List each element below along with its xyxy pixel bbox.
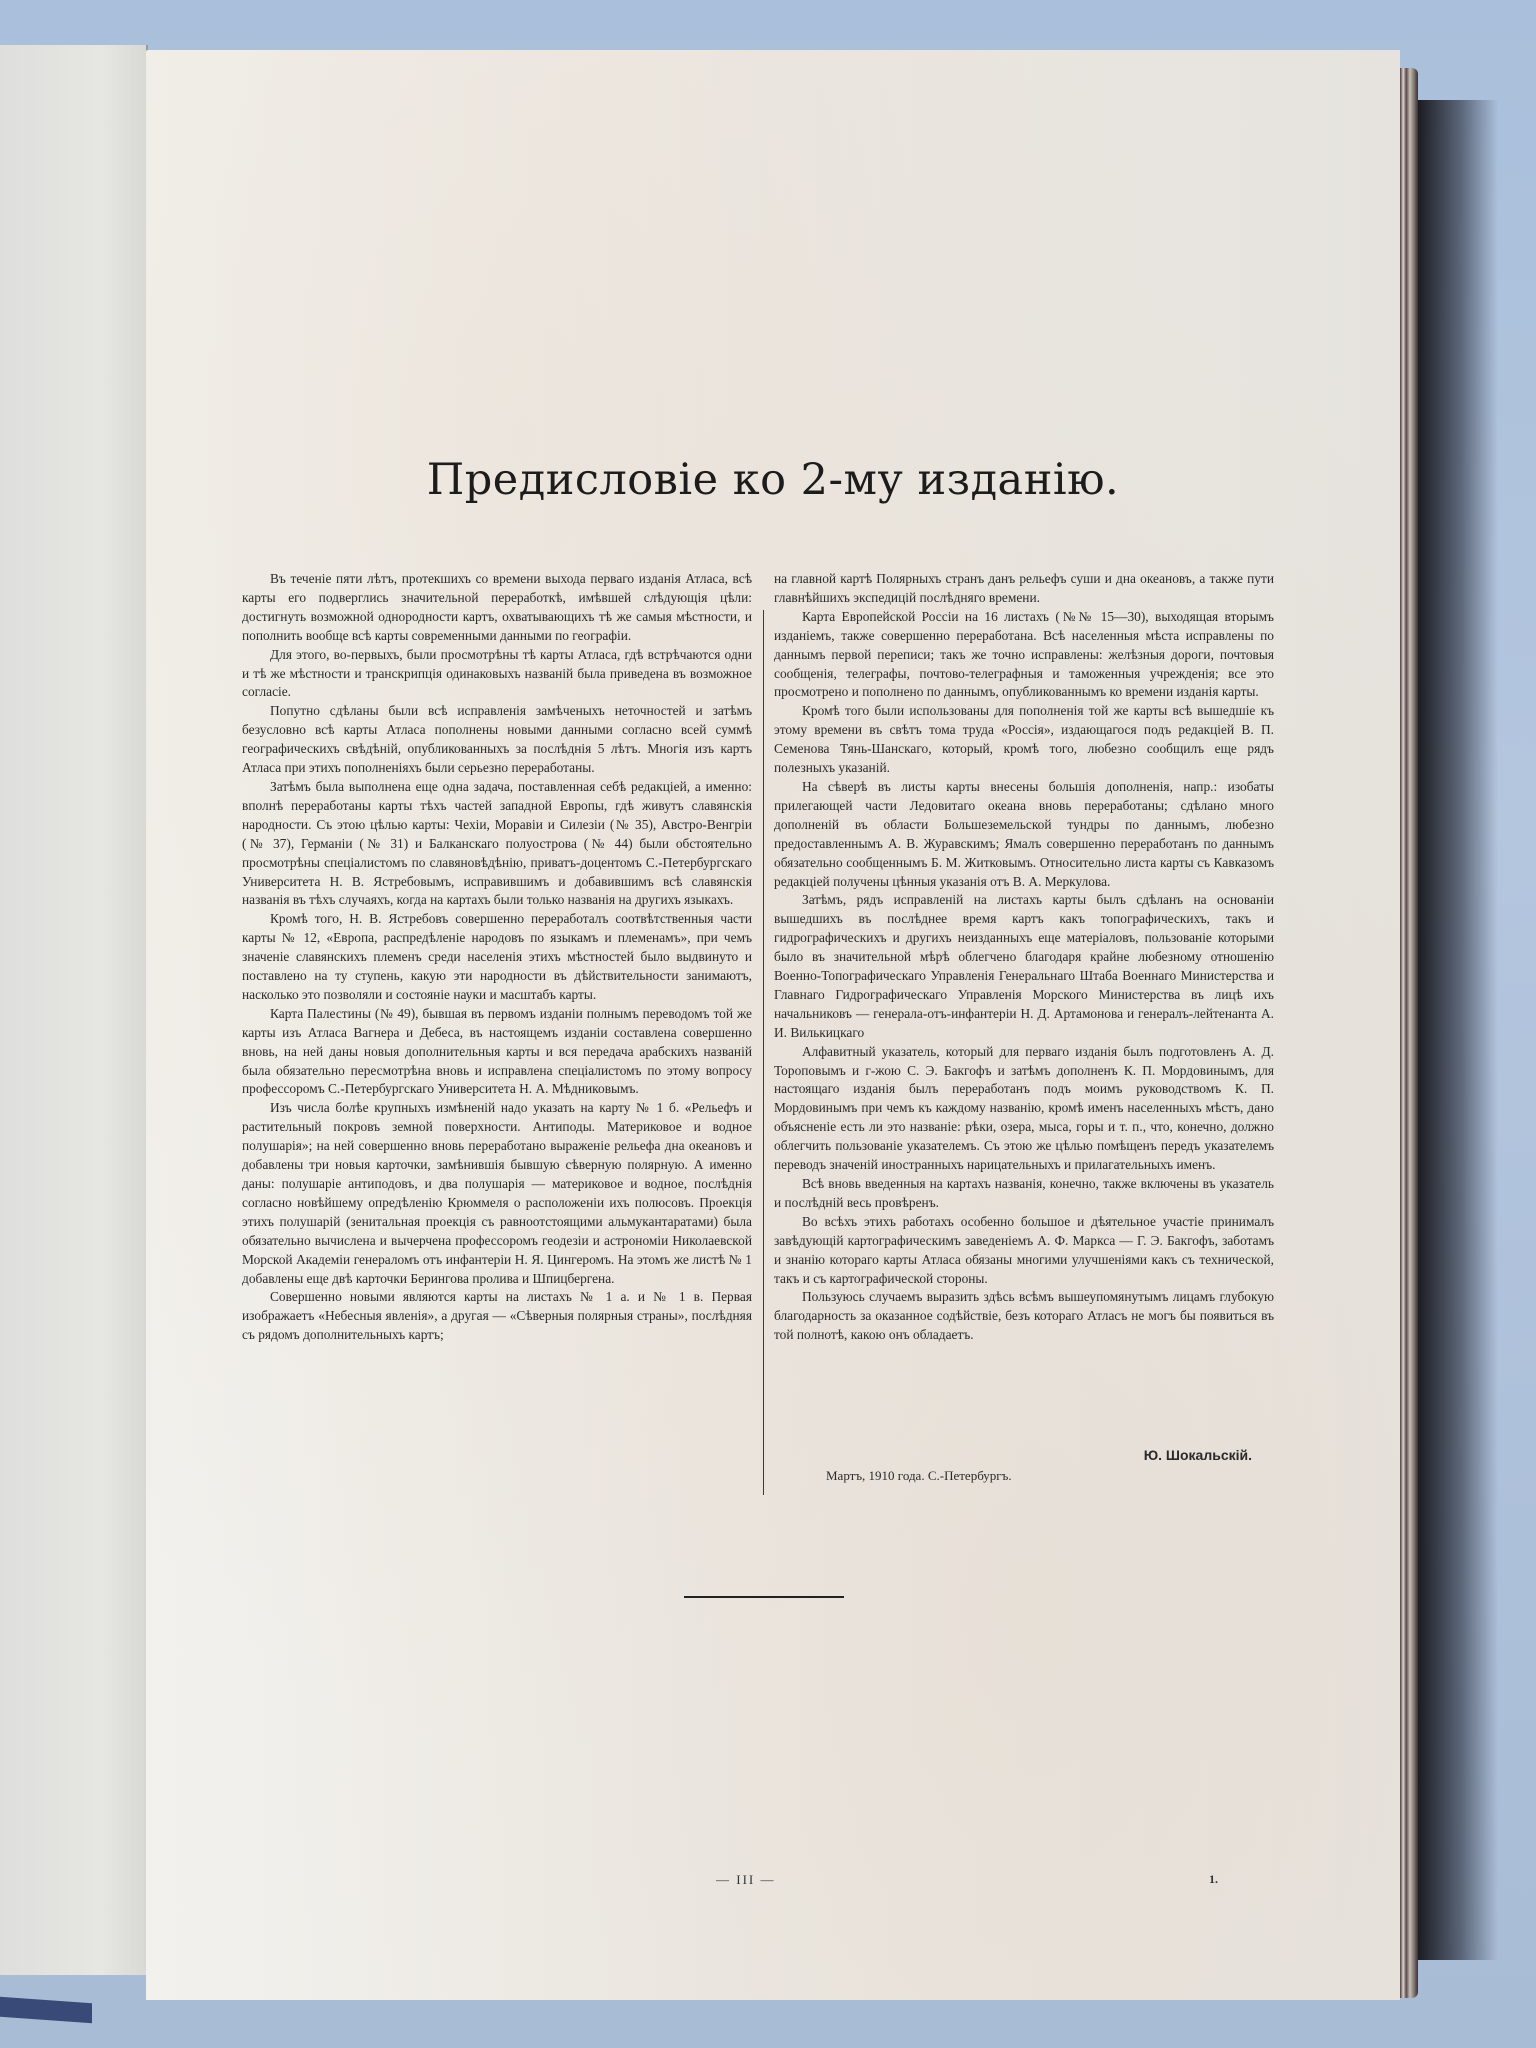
paragraph: Для этого, во-первыхъ, были просмотрѣны …: [242, 646, 752, 703]
printer-signature-mark: 1.: [1209, 1872, 1218, 1887]
left-text-column: Въ теченіе пяти лѣтъ, протекшихъ со врем…: [242, 570, 752, 1345]
date-place: Мартъ, 1910 года. С.-Петербургъ.: [826, 1468, 1012, 1484]
paragraph: Алфавитный указатель, который для перваг…: [774, 1043, 1274, 1175]
page-number: — III —: [716, 1872, 776, 1888]
paragraph: Кромѣ того были использованы для пополне…: [774, 702, 1274, 778]
page-title: Предисловіе ко 2-му изданію.: [146, 455, 1400, 505]
paragraph: Карта Европейской Россіи на 16 листахъ (…: [774, 608, 1274, 703]
paragraph: Затѣмъ была выполнена еще одна задача, п…: [242, 778, 752, 910]
book-shadow: [1418, 100, 1498, 1960]
paragraph: Во всѣхъ этихъ работахъ особенно большое…: [774, 1213, 1274, 1289]
paragraph: Въ теченіе пяти лѣтъ, протекшихъ со врем…: [242, 570, 752, 646]
author-signature: Ю. Шокальскій.: [774, 1447, 1274, 1463]
paragraph: Пользуюсь случаемъ выразить здѣсь всѣмъ …: [774, 1288, 1274, 1345]
book-cover-corner: [0, 1997, 92, 2023]
column-divider: [763, 610, 764, 1495]
paragraph: на главной картѣ Полярныхъ странъ данъ р…: [774, 570, 1274, 608]
end-rule-divider: [684, 1596, 844, 1598]
left-page-facing: [0, 45, 148, 1975]
paragraph: Совершенно новыми являются карты на лист…: [242, 1288, 752, 1345]
right-text-column: на главной картѣ Полярныхъ странъ данъ р…: [774, 570, 1274, 1345]
paragraph: Карта Палестины (№ 49), бывшая въ первом…: [242, 1005, 752, 1100]
paragraph: Затѣмъ, рядъ исправленій на листахъ карт…: [774, 891, 1274, 1042]
paragraph: На сѣверѣ въ листы карты внесены большія…: [774, 778, 1274, 891]
book-page-edges: [1400, 68, 1418, 1998]
paragraph: Изъ числа болѣе крупныхъ измѣненій надо …: [242, 1099, 752, 1288]
paragraph: Кромѣ того, Н. В. Ястребовъ совершенно п…: [242, 910, 752, 1005]
paragraph: Попутно сдѣланы были всѣ исправленія зам…: [242, 702, 752, 778]
book-page: Предисловіе ко 2-му изданію. Въ теченіе …: [146, 50, 1400, 2000]
paragraph: Всѣ вновь введенныя на картахъ названія,…: [774, 1175, 1274, 1213]
